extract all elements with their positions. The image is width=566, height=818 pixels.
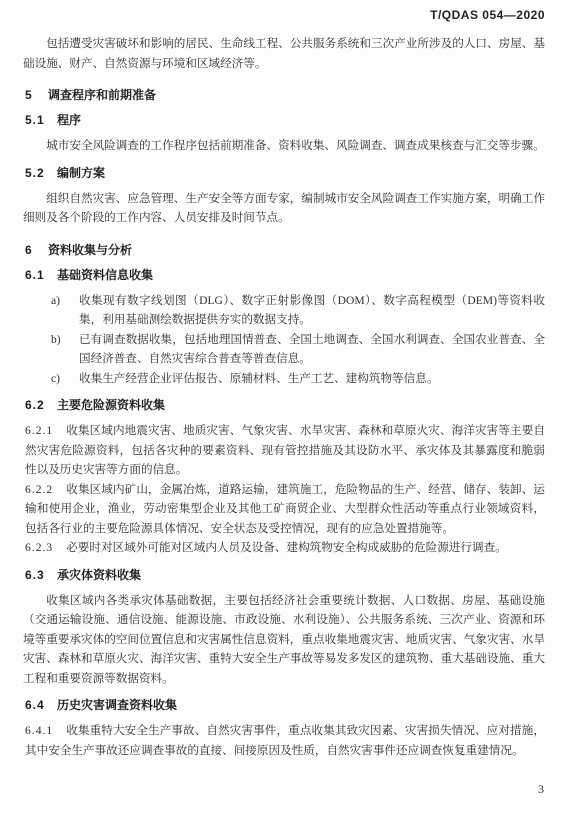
- intro-paragraph: 包括遭受灾害破坏和影响的居民、生命线工程、公共服务系统和三次产业所涉及的人口、房…: [23, 34, 545, 73]
- section-number: 5: [25, 88, 35, 103]
- heading-title: 历史灾害调查资料收集: [57, 698, 177, 712]
- heading-6-1: 6.1基础资料信息收集: [25, 268, 545, 283]
- heading-title: 主要危险源资料收集: [57, 398, 165, 412]
- heading-title: 程序: [57, 113, 81, 127]
- heading-6-2: 6.2主要危险源资料收集: [25, 398, 545, 413]
- section-number: 6: [25, 243, 35, 258]
- list-item-b: b) 已有调查数据收集，包括地理国情普查、全国土地调查、全国水利调查、全国农业普…: [51, 330, 545, 369]
- list-item-label: a): [51, 291, 79, 330]
- heading-5-2: 5.2编制方案: [25, 166, 545, 181]
- list-item-text: 已有调查数据收集，包括地理国情普查、全国土地调查、全国水利调查、全国农业普查、全…: [79, 330, 545, 369]
- heading-number: 6.1: [25, 268, 45, 283]
- heading-title: 承灾体资料收集: [57, 568, 141, 582]
- clause-text: 收集区域内矿山，金属冶炼，道路运输，建筑施工，危险物品的生产、经营、储存、装卸、…: [25, 483, 545, 535]
- heading-6-4: 6.4历史灾害调查资料收集: [25, 698, 545, 713]
- paragraph-5-2: 组织自然灾害、应急管理、生产安全等方面专家，编制城市安全风险调查工作实施方案，明…: [23, 189, 545, 228]
- section-title: 资料收集与分析: [48, 243, 132, 257]
- heading-number: 5.2: [25, 166, 45, 181]
- clause-text: 收集区域内地震灾害、地质灾害、气象灾害、水旱灾害、森林和草原火灾、海洋灾害等主要…: [25, 424, 545, 476]
- heading-number: 6.3: [25, 568, 45, 583]
- list-item-c: c) 收集生产经营企业评估报告、原辅材料、生产工艺、建构筑物等信息。: [51, 369, 545, 389]
- clause-6-2-3: 6.2.3必要时对区域外可能对区域内人员及设备、建构筑物安全构成威胁的危险源进行…: [25, 538, 545, 558]
- heading-title: 编制方案: [57, 166, 105, 180]
- clause-6-2-2: 6.2.2收集区域内矿山，金属冶炼，道路运输，建筑施工，危险物品的生产、经营、储…: [25, 480, 545, 539]
- list-item-text: 收集生产经营企业评估报告、原辅材料、生产工艺、建构筑物等信息。: [79, 369, 545, 389]
- heading-6-3: 6.3承灾体资料收集: [25, 568, 545, 583]
- list-item-label: c): [51, 369, 79, 389]
- clause-6-4-1: 6.4.1收集重特大安全生产事故、自然灾害事件，重点收集其致灾因素、灾害损失情况…: [25, 721, 545, 760]
- heading-number: 5.1: [25, 113, 45, 128]
- clause-number: 6.4.1: [25, 724, 53, 737]
- clause-text: 必要时对区域外可能对区域内人员及设备、建构筑物安全构成威胁的危险源进行调查。: [66, 541, 507, 554]
- document-page: T/QDAS 054—2020 包括遭受灾害破坏和影响的居民、生命线工程、公共服…: [0, 0, 566, 818]
- clause-6-2-1: 6.2.1收集区域内地震灾害、地质灾害、气象灾害、水旱灾害、森林和草原火灾、海洋…: [25, 421, 545, 480]
- list-item-text: 收集现有数字线划图（DLG）、数字正射影像图（DOM）、数字高程模型（DEM)等…: [79, 291, 545, 330]
- list-item-label: b): [51, 330, 79, 369]
- clause-number: 6.2.1: [25, 424, 53, 437]
- section-title: 调查程序和前期准备: [48, 88, 156, 102]
- paragraph-5-1: 城市安全风险调查的工作程序包括前期准备、资料收集、风险调查、调查成果核查与汇交等…: [23, 136, 545, 156]
- heading-title: 基础资料信息收集: [57, 268, 153, 282]
- heading-number: 6.4: [25, 698, 45, 713]
- clause-number: 6.2.3: [25, 541, 53, 554]
- clause-text: 收集重特大安全生产事故、自然灾害事件，重点收集其致灾因素、灾害损失情况、应对措施…: [25, 724, 545, 757]
- list-item-a: a) 收集现有数字线划图（DLG）、数字正射影像图（DOM）、数字高程模型（DE…: [51, 291, 545, 330]
- section-5-heading: 5调查程序和前期准备: [25, 88, 545, 103]
- list-6-1: a) 收集现有数字线划图（DLG）、数字正射影像图（DOM）、数字高程模型（DE…: [51, 291, 545, 389]
- heading-5-1: 5.1程序: [25, 113, 545, 128]
- paragraph-6-3: 收集区域内各类承灾体基础数据，主要包括经济社会重要统计数据、人口数据、房屋、基础…: [23, 591, 545, 689]
- section-6-heading: 6资料收集与分析: [25, 243, 545, 258]
- clause-number: 6.2.2: [25, 483, 53, 496]
- heading-number: 6.2: [25, 398, 45, 413]
- page-number: 3: [538, 782, 544, 797]
- document-code-header: T/QDAS 054—2020: [23, 8, 545, 22]
